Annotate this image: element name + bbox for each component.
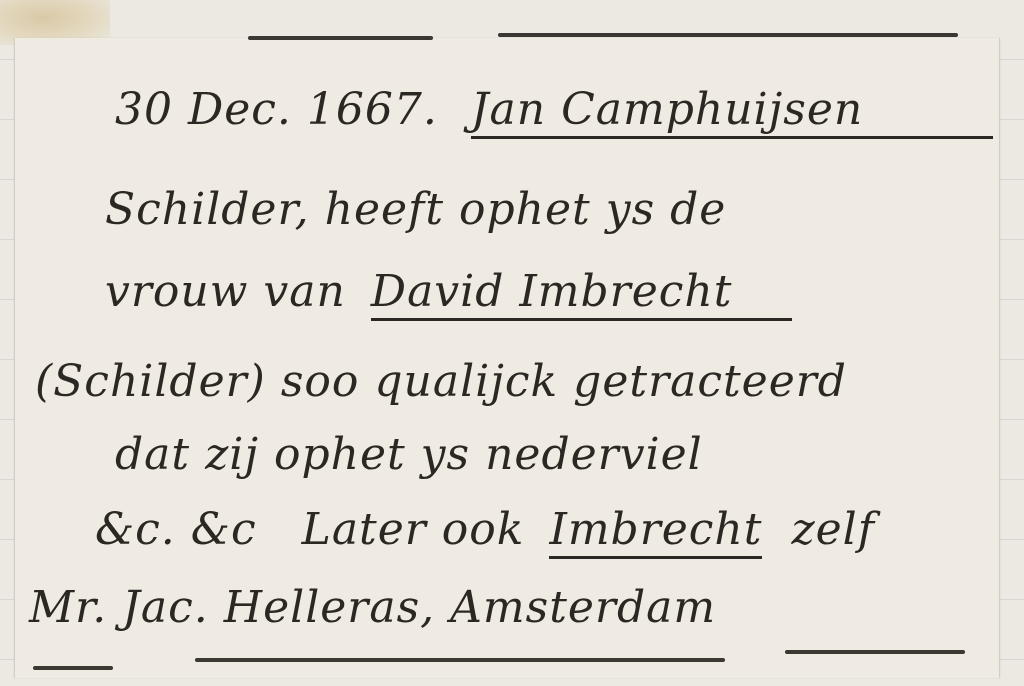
line-3-prefix: vrouw van <box>105 266 346 317</box>
person-name-david-imbrecht: David Imbrecht <box>371 270 793 321</box>
line-4: (Schilder) soo qualijck getracteerd <box>35 360 847 404</box>
line-5: dat zij ophet ys nederviel <box>115 433 703 477</box>
bottom-rule-3 <box>785 650 965 654</box>
line-1: 30 Dec. 1667. Jan Camphuijsen <box>115 88 993 139</box>
top-rule-2 <box>498 33 958 37</box>
line-2: Schilder, heeft ophet ys de <box>105 188 726 232</box>
bottom-rule-1 <box>33 666 113 670</box>
top-rule-1 <box>248 36 433 40</box>
line-3: vrouw van David Imbrecht <box>105 270 792 321</box>
line-6-middle: Later ook <box>302 504 525 555</box>
line-6: &c. &c Later ook Imbrecht zelf <box>95 508 875 559</box>
bottom-rule-2 <box>195 658 725 662</box>
person-name-imbrecht: Imbrecht <box>549 508 762 559</box>
entry-date: 30 Dec. 1667. <box>115 84 438 135</box>
line-6-suffix: zelf <box>791 504 875 555</box>
line-6-prefix: &c. &c <box>95 504 257 555</box>
person-name-camphuijsen: Jan Camphuijsen <box>471 88 993 139</box>
note-card: 30 Dec. 1667. Jan Camphuijsen Schilder, … <box>14 38 1000 678</box>
line-7-signature: Mr. Jac. Helleras, Amsterdam <box>29 586 716 630</box>
